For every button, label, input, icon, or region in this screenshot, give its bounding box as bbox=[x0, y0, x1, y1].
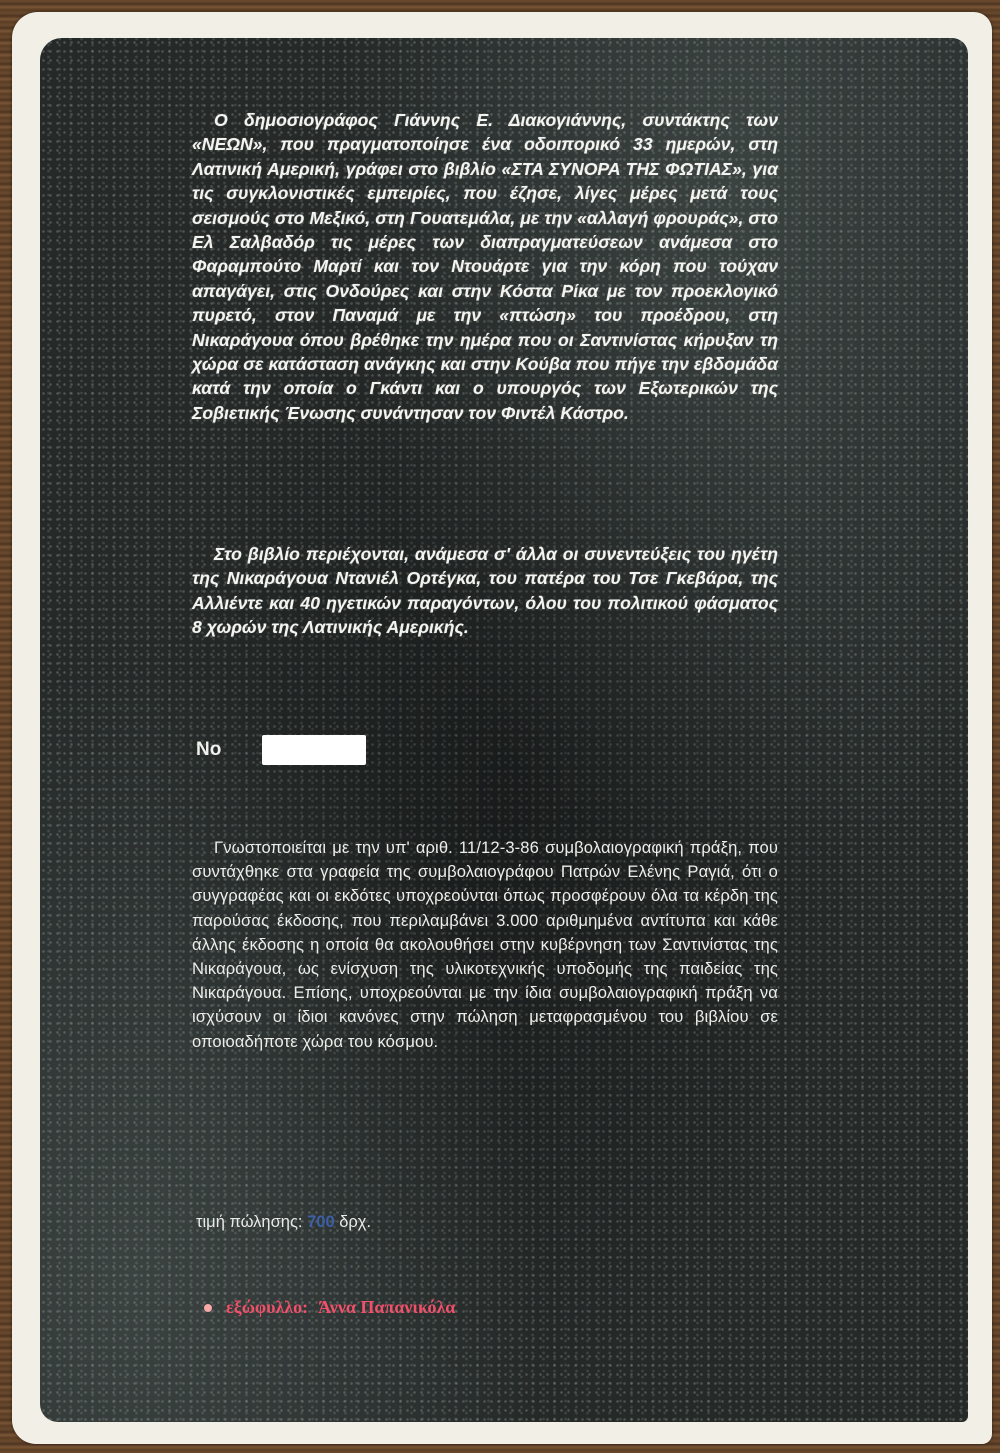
price-value: 700 bbox=[307, 1213, 335, 1231]
cover-credit: εξώφυλλο: Άννα Παπανικόλα bbox=[204, 1297, 455, 1318]
notice-text: Γνωστοποιείται με την υπ' αριθ. 11/12-3-… bbox=[192, 836, 778, 1054]
price-line: τιμή πώλησης: 700 δρχ. bbox=[196, 1213, 371, 1232]
copy-number-row: No bbox=[196, 735, 366, 765]
description-text-2: Στο βιβλίο περιέχονται, ανάμεσα σ' άλλα … bbox=[192, 542, 778, 640]
copy-number-label: No bbox=[196, 739, 262, 761]
price-label: τιμή πώλησης: bbox=[196, 1213, 303, 1231]
credit-label: εξώφυλλο: bbox=[226, 1297, 308, 1318]
description-text-1: Ο δημοσιογράφος Γιάννης Ε. Διακογιάννης,… bbox=[192, 108, 778, 425]
description-paragraph-1: Ο δημοσιογράφος Γιάννης Ε. Διακογιάννης,… bbox=[192, 108, 778, 425]
description-paragraph-2: Στο βιβλίο περιέχονται, ανάμεσα σ' άλλα … bbox=[192, 542, 778, 640]
price-currency: δρχ. bbox=[339, 1213, 371, 1231]
copy-number-box bbox=[262, 735, 366, 765]
bullet-icon bbox=[204, 1304, 212, 1312]
notarial-notice: Γνωστοποιείται με την υπ' αριθ. 11/12-3-… bbox=[192, 836, 778, 1054]
credit-name: Άννα Παπανικόλα bbox=[318, 1297, 455, 1318]
